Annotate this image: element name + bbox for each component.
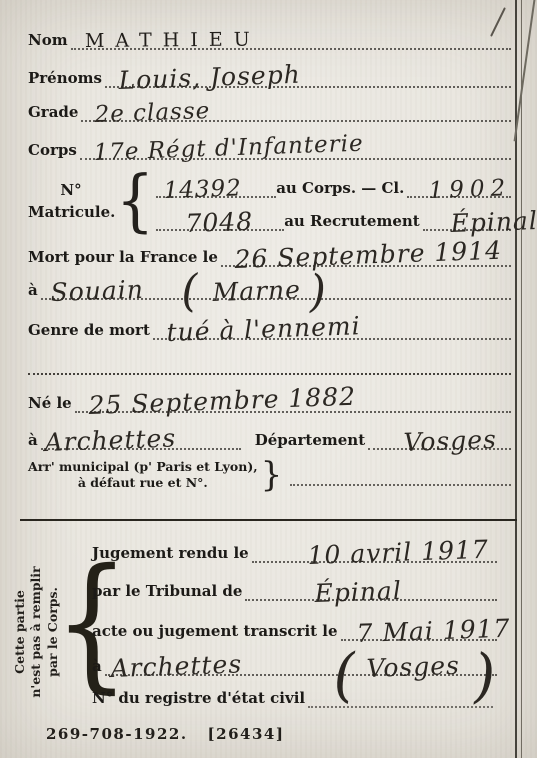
matricule-classe-line: 1902: [407, 164, 511, 198]
matricule-corps-number-line: 14392: [156, 164, 276, 198]
field-departement-line: Vosges: [368, 416, 511, 450]
matricule-recrutement-place-line: Épinal: [423, 197, 511, 231]
field-transcrit-line: 7 Mai 1917: [341, 607, 497, 641]
field-grade-line: 2e classe: [81, 88, 511, 122]
arrondissement-label-line1: Arr' municipal (p' Paris et Lyon),: [28, 459, 258, 474]
field-grade-value: 2e classe: [95, 100, 211, 127]
field-genre-mort-value: tué à l'ennemi: [166, 313, 361, 345]
field-arrondissement: Arr' municipal (p' Paris et Lyon), à déf…: [28, 457, 511, 493]
field-genre-mort-line: tué à l'ennemi: [153, 306, 511, 340]
field-ne-value: 25 Septembre 1882: [88, 384, 356, 418]
field-tribunal-label: par le Tribunal de: [92, 584, 245, 601]
field-transcrit-lieu: à Archettes ( Vosges ): [92, 644, 497, 676]
matricule-recrutement-label: au Recrutement: [284, 214, 423, 231]
field-registre: N° du registre d'état civil: [92, 676, 493, 708]
field-jugement: Jugement rendu le 10 avril 1917: [92, 531, 497, 563]
field-ne-lieu-label: à: [28, 433, 41, 450]
side-note-line1: Cette partie: [12, 590, 27, 674]
field-transcrit-lieu-line: Archettes ( Vosges ): [105, 642, 497, 676]
field-transcrit-label: acte ou jugement transcrit le: [92, 624, 341, 641]
matricule-recrutement-number: 7048: [185, 209, 253, 236]
field-corps-line: 17e Régt d'Infanterie: [80, 126, 511, 160]
field-tribunal-value: Épinal: [315, 578, 403, 606]
field-matricule-label: N° Matricule.: [28, 166, 114, 236]
field-mort-lieu-line: Souain ( Marne ): [41, 266, 511, 300]
arrondissement-label-line2: à défaut rue et N°.: [78, 475, 208, 490]
field-grade: Grade 2e classe: [28, 90, 511, 122]
field-genre-mort: Genre de mort tué à l'ennemi: [28, 308, 511, 340]
field-nom-line: MATHIEU: [71, 16, 511, 50]
footer-print-code: 269-708-1922.: [46, 725, 188, 743]
death-record-card: Nom MATHIEU Prénoms Louis, Joseph Grade …: [0, 0, 537, 758]
field-arrondissement-label: Arr' municipal (p' Paris et Lyon), à déf…: [28, 459, 258, 492]
field-mort-lieu: à Souain ( Marne ): [28, 268, 511, 300]
matricule-recrutement-number-line: 7048: [156, 197, 284, 231]
field-tribunal-line: Épinal: [245, 567, 497, 601]
arrondissement-brace: }: [261, 458, 283, 492]
field-ne-lieu-value: Archettes: [44, 425, 176, 455]
matricule-brace: {: [116, 162, 154, 240]
field-ne: Né le 25 Septembre 1882: [28, 381, 511, 413]
margin-rule-thin: [521, 0, 522, 758]
field-genre-mort-label: Genre de mort: [28, 323, 153, 340]
field-corps-value: 17e Régt d'Infanterie: [93, 133, 364, 165]
field-prenoms-line: Louis, Joseph: [105, 54, 511, 88]
footer: 269-708-1922.[26434]: [46, 725, 304, 743]
field-grade-label: Grade: [28, 105, 81, 122]
field-ne-lieu-line: Archettes: [41, 416, 241, 450]
field-nom-label: Nom: [28, 33, 71, 50]
field-ne-line: 25 Septembre 1882: [75, 379, 511, 413]
field-mort-line: 26 Septembre 1914: [221, 233, 511, 267]
matricule-rows: 14392 au Corps. — Cl. 1902 7048 au Recru…: [156, 166, 511, 236]
field-matricule: N° Matricule. { 14392 au Corps. — Cl. 19…: [28, 166, 511, 236]
footer-batch-number: [26434]: [208, 725, 285, 743]
field-mort-lieu-paren-value: Marne: [212, 277, 301, 305]
field-arrondissement-line: [290, 483, 511, 486]
section-separator-dotted: [28, 373, 511, 375]
field-mort: Mort pour la France le 26 Septembre 1914: [28, 235, 511, 267]
field-registre-label: N° du registre d'état civil: [92, 691, 308, 708]
matricule-recrutement-place: Épinal: [450, 208, 537, 236]
side-note-line2: n'est pas à remplir: [28, 566, 43, 697]
matricule-row-recrutement: 7048 au Recrutement Épinal: [156, 199, 511, 231]
field-tribunal: par le Tribunal de Épinal: [92, 569, 497, 601]
field-transcrit-lieu-label: à: [92, 659, 105, 676]
field-jugement-value: 10 avril 1917: [307, 537, 489, 568]
matricule-row-corps: 14392 au Corps. — Cl. 1902: [156, 166, 511, 198]
field-registre-line: [308, 674, 493, 708]
field-departement-value: Vosges: [403, 427, 497, 455]
field-jugement-line: 10 avril 1917: [252, 529, 497, 563]
field-mort-lieu-label: à: [28, 283, 41, 300]
field-transcrit: acte ou jugement transcrit le 7 Mai 1917: [92, 609, 497, 641]
matricule-corps-label: au Corps. — Cl.: [276, 181, 407, 198]
field-nom-value: MATHIEU: [84, 30, 260, 51]
field-departement-label: Département: [241, 433, 368, 450]
matricule-label-line1: N°: [28, 179, 114, 202]
field-nom: Nom MATHIEU: [28, 18, 511, 50]
field-prenoms-label: Prénoms: [28, 71, 105, 88]
field-ne-label: Né le: [28, 396, 75, 413]
field-mort-label: Mort pour la France le: [28, 250, 221, 267]
field-prenoms: Prénoms Louis, Joseph: [28, 56, 511, 88]
matricule-label-line2: Matricule.: [28, 201, 114, 224]
field-corps-label: Corps: [28, 143, 80, 160]
field-jugement-label: Jugement rendu le: [92, 546, 252, 563]
field-ne-lieu: à Archettes Département Vosges: [28, 418, 511, 450]
field-mort-lieu-value: Souain: [50, 277, 144, 305]
page-edge: [514, 0, 537, 141]
field-corps: Corps 17e Régt d'Infanterie: [28, 128, 511, 160]
section-separator-solid: [20, 519, 517, 521]
